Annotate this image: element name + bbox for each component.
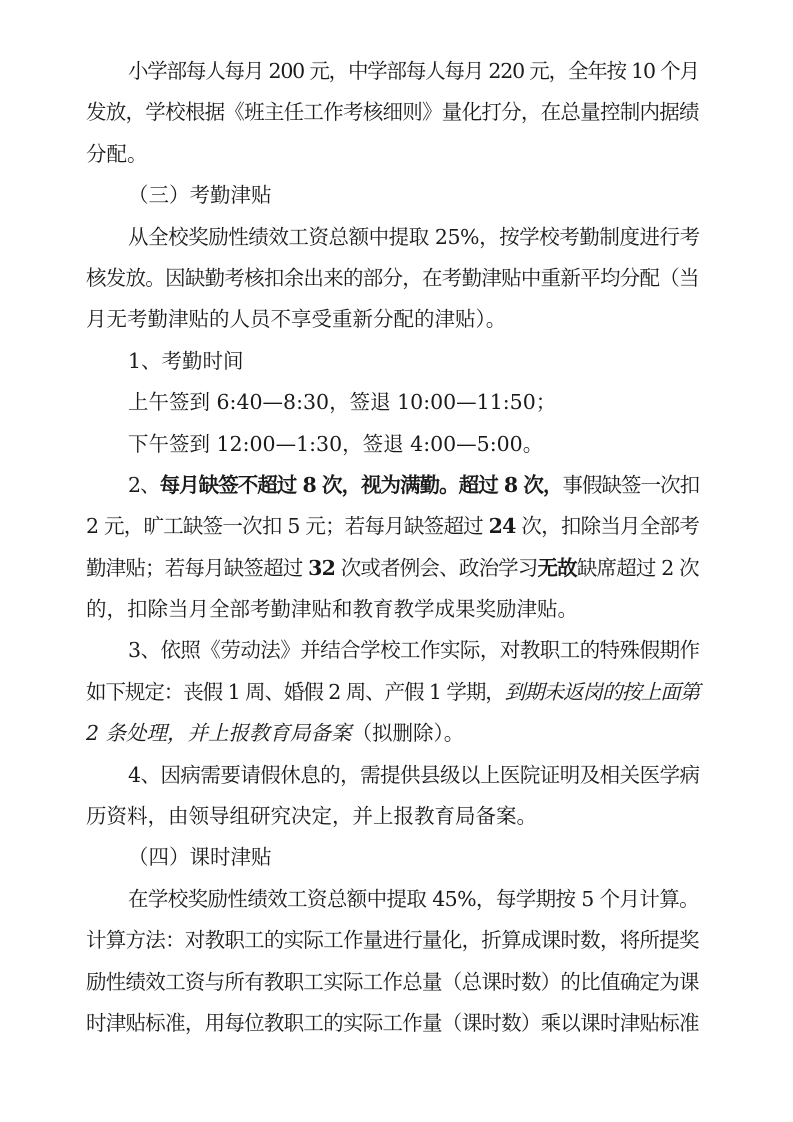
text-line: 2 条处理，并上报教育局备案（拟删除）。 [86, 713, 700, 754]
text-line: （三）考勤津贴 [86, 175, 700, 216]
text-line: 勤津贴；若每月缺签超过 32 次或者例会、政治学习无故缺席超过 2 次 [86, 548, 700, 589]
text-line: 1、考勤时间 [86, 341, 700, 382]
text-segment: 缺席超过 2 次 [577, 556, 699, 580]
text-segment: 下午签到 12:00—1:30，签退 4:00—5:00。 [128, 432, 543, 456]
text-segment: 1、考勤时间 [128, 349, 244, 373]
text-segment: （四）课时津贴 [128, 845, 272, 869]
text-segment: 在学校奖励性绩效工资总额中提取 45%，每学期按 5 个月计算。 [128, 887, 699, 911]
text-line: 从全校奖励性绩效工资总额中提取 25%，按学校考勤制度进行考 [86, 217, 700, 258]
text-line: 4、因病需要请假休息的，需提供县级以上医院证明及相关医学病 [86, 755, 700, 796]
bold-text: 无故 [537, 556, 576, 580]
text-line: 月无考勤津贴的人员不享受重新分配的津贴）。 [86, 299, 700, 340]
text-segment: 月无考勤津贴的人员不享受重新分配的津贴）。 [86, 307, 506, 331]
text-segment: 计算方法：对教职工的实际工作量进行量化，折算成课时数，将所提奖 [86, 928, 699, 952]
text-segment: 勤津贴；若每月缺签超过 [86, 556, 308, 580]
text-line: 分配。 [86, 134, 700, 175]
text-segment: 4、因病需要请假休息的，需提供县级以上医院证明及相关医学病 [128, 763, 700, 787]
text-segment: 上午签到 6:40—8:30，签退 10:00—11:50； [128, 390, 556, 414]
text-line: 小学部每人每月 200 元，中学部每人每月 220 元，全年按 10 个月 [86, 51, 700, 92]
text-segment: 历资料，由领导组研究决定，并上报教育局备案。 [86, 804, 537, 828]
text-line: 历资料，由领导组研究决定，并上报教育局备案。 [86, 796, 700, 837]
text-segment: 从全校奖励性绩效工资总额中提取 25%，按学校考勤制度进行考 [128, 225, 700, 249]
text-segment: （拟删除）。 [352, 721, 465, 745]
text-segment: 核发放。因缺勤考核扣余出来的部分，在考勤津贴中重新平均分配（当 [86, 266, 699, 290]
text-segment: 3、依照《劳动法》并结合学校工作实际，对教职工的特殊假期作 [128, 638, 700, 662]
bold-text: 32 [308, 556, 335, 580]
text-line: 上午签到 6:40—8:30，签退 10:00—11:50； [86, 382, 700, 423]
italic-text: 到期未返岗的按上面第 [505, 680, 699, 704]
document-page: 小学部每人每月 200 元，中学部每人每月 220 元，全年按 10 个月发放，… [86, 51, 700, 1044]
text-segment: 的，扣除当月全部考勤津贴和教育教学成果奖励津贴。 [86, 597, 578, 621]
text-segment: 分配。 [86, 142, 148, 166]
text-segment: 小学部每人每月 200 元，中学部每人每月 220 元，全年按 10 个月 [128, 59, 699, 83]
text-line: （四）课时津贴 [86, 837, 700, 878]
bold-text: 每月缺签不超过 8 次，视为满勤。超过 8 次， [160, 473, 563, 497]
text-line: 2 元，旷工缺签一次扣 5 元；若每月缺签超过 24 次，扣除当月全部考 [86, 506, 700, 547]
text-segment: 时津贴标准，用每位教职工的实际工作量（课时数）乘以课时津贴标准 [86, 1011, 699, 1035]
text-line: 在学校奖励性绩效工资总额中提取 45%，每学期按 5 个月计算。 [86, 879, 700, 920]
text-segment: 次，扣除当月全部考 [516, 514, 699, 538]
text-line: 发放，学校根据《班主任工作考核细则》量化打分，在总量控制内据绩 [86, 92, 700, 133]
text-line: 时津贴标准，用每位教职工的实际工作量（课时数）乘以课时津贴标准 [86, 1003, 700, 1044]
text-segment: 发放，学校根据《班主任工作考核细则》量化打分，在总量控制内据绩 [86, 100, 699, 124]
text-line: 的，扣除当月全部考勤津贴和教育教学成果奖励津贴。 [86, 589, 700, 630]
text-line: 励性绩效工资与所有教职工实际工作总量（总课时数）的比值确定为课 [86, 962, 700, 1003]
text-segment: 次或者例会、政治学习 [335, 556, 537, 580]
text-line: 下午签到 12:00—1:30，签退 4:00—5:00。 [86, 424, 700, 465]
text-line: 3、依照《劳动法》并结合学校工作实际，对教职工的特殊假期作 [86, 630, 700, 671]
text-line: 2、每月缺签不超过 8 次，视为满勤。超过 8 次，事假缺签一次扣 [86, 465, 700, 506]
italic-text: 2 条处理，并上报教育局备案 [86, 721, 352, 745]
text-segment: 2、 [128, 473, 160, 497]
text-segment: 励性绩效工资与所有教职工实际工作总量（总课时数）的比值确定为课 [86, 970, 699, 994]
text-segment: 事假缺签一次扣 [562, 473, 699, 497]
text-segment: （三）考勤津贴 [128, 183, 272, 207]
bold-text: 24 [489, 514, 516, 538]
text-line: 核发放。因缺勤考核扣余出来的部分，在考勤津贴中重新平均分配（当 [86, 258, 700, 299]
text-line: 计算方法：对教职工的实际工作量进行量化，折算成课时数，将所提奖 [86, 920, 700, 961]
text-segment: 如下规定：丧假 1 周、婚假 2 周、产假 1 学期， [86, 680, 505, 704]
text-segment: 2 元，旷工缺签一次扣 5 元；若每月缺签超过 [86, 514, 489, 538]
text-line: 如下规定：丧假 1 周、婚假 2 周、产假 1 学期，到期未返岗的按上面第 [86, 672, 700, 713]
